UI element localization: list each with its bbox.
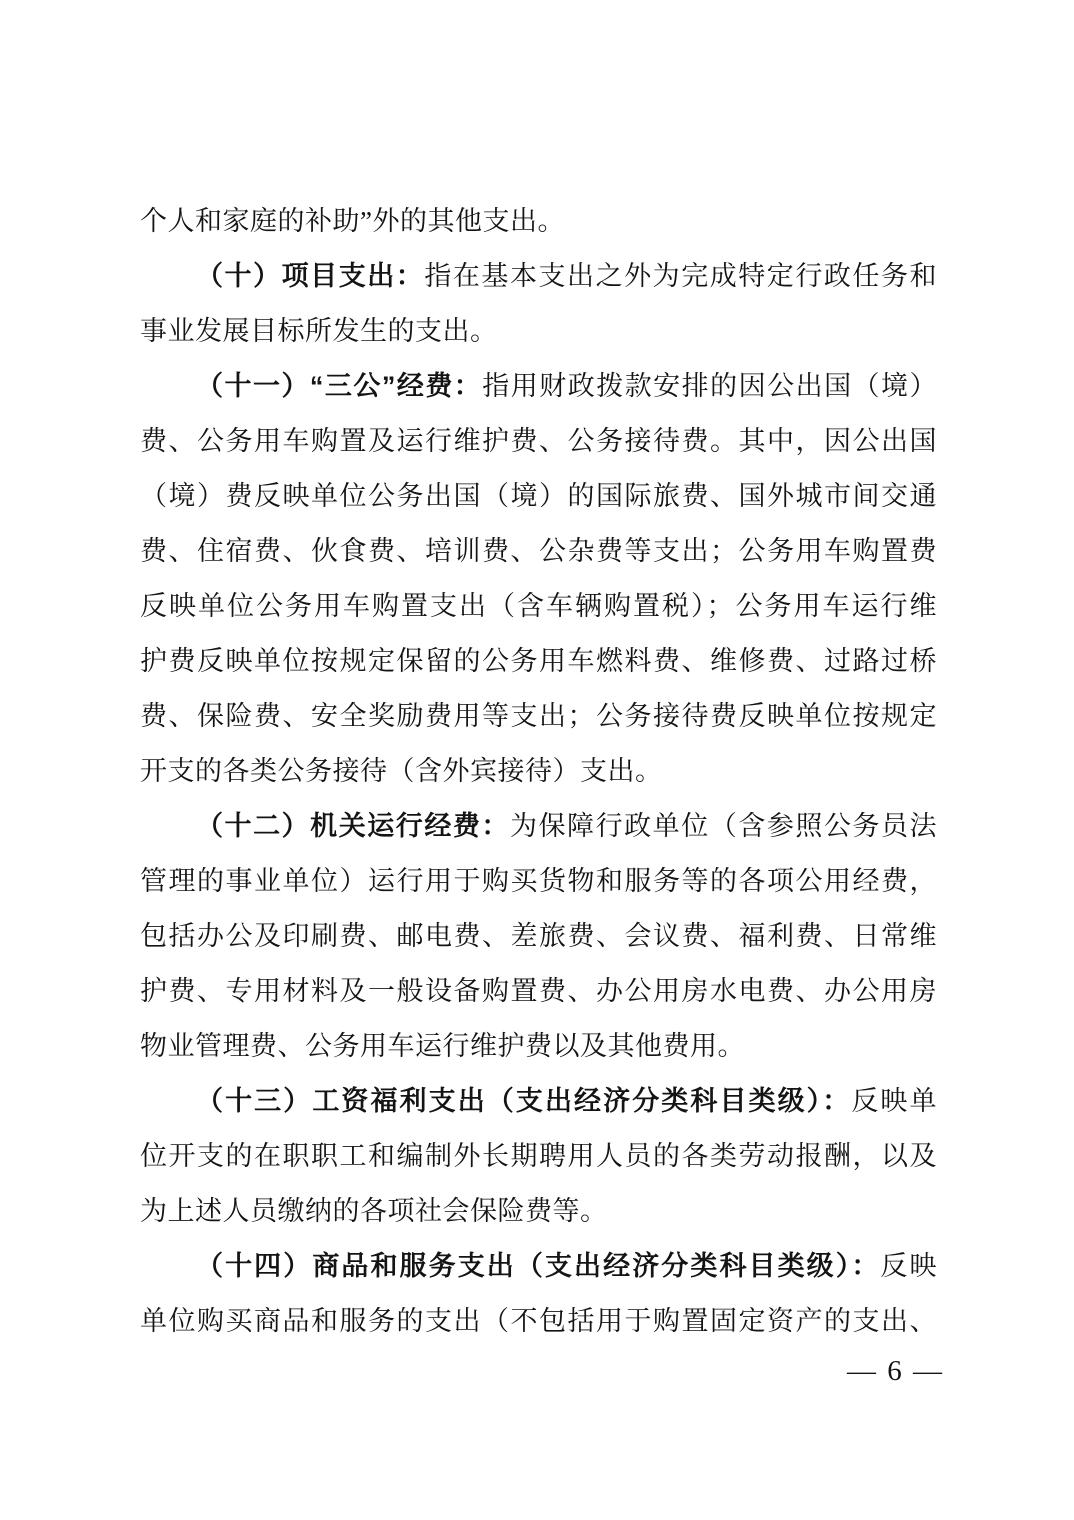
- text-line: （十三）工资福利支出（支出经济分类科目类级）：反映单: [140, 1074, 937, 1129]
- line-text: 物业管理费、公务用车运行维护费以及其他费用。: [140, 1031, 745, 1061]
- text-line: （十二）机关运行经费：为保障行政单位（含参照公务员法: [140, 799, 937, 854]
- line-text: 事业发展目标所发生的支出。: [140, 316, 498, 346]
- line-text: 单位购买商品和服务的支出（不包括用于购置固定资产的支出、: [140, 1306, 937, 1336]
- text-line: 护费反映单位按规定保留的公务用车燃料费、维修费、过路过桥: [140, 634, 937, 689]
- line-text: 反映: [880, 1251, 937, 1281]
- text-line: 费、住宿费、伙食费、培训费、公杂费等支出；公务用车购置费: [140, 524, 937, 579]
- text-line: （境）费反映单位公务出国（境）的国际旅费、国外城市间交通: [140, 469, 937, 524]
- line-text: 为上述人员缴纳的各项社会保险费等。: [140, 1196, 608, 1226]
- text-line: （十）项目支出：指在基本支出之外为完成特定行政任务和: [140, 249, 937, 304]
- line-text: 指在基本支出之外为完成特定行政任务和: [424, 261, 937, 291]
- term-label: （十一）“三公”经费：: [196, 371, 482, 401]
- text-line: 个人和家庭的补助”外的其他支出。: [140, 194, 937, 249]
- line-text: 费、住宿费、伙食费、培训费、公杂费等支出；公务用车购置费: [140, 536, 937, 566]
- term-label: （十三）工资福利支出（支出经济分类科目类级）：: [196, 1086, 851, 1116]
- line-text: 反映单: [851, 1086, 937, 1116]
- term-label: （十二）机关运行经费：: [196, 811, 510, 841]
- line-text: 费、保险费、安全奖励费用等支出；公务接待费反映单位按规定: [140, 701, 937, 731]
- text-line: 开支的各类公务接待（含外宾接待）支出。: [140, 744, 937, 799]
- text-line: （十一）“三公”经费：指用财政拨款安排的因公出国（境）: [140, 359, 937, 414]
- text-line: 费、公务用车购置及运行维护费、公务接待费。其中，因公出国: [140, 414, 937, 469]
- document-page: 个人和家庭的补助”外的其他支出。 （十）项目支出：指在基本支出之外为完成特定行政…: [0, 0, 1074, 1520]
- line-text: 费、公务用车购置及运行维护费、公务接待费。其中，因公出国: [140, 426, 937, 456]
- text-line: 费、保险费、安全奖励费用等支出；公务接待费反映单位按规定: [140, 689, 937, 744]
- line-text: 反映单位公务用车购置支出（含车辆购置税）；公务用车运行维: [140, 591, 937, 621]
- text-line: 物业管理费、公务用车运行维护费以及其他费用。: [140, 1019, 937, 1074]
- text-line: 为上述人员缴纳的各项社会保险费等。: [140, 1184, 937, 1239]
- text-line: 单位购买商品和服务的支出（不包括用于购置固定资产的支出、: [140, 1294, 937, 1349]
- line-text: 护费反映单位按规定保留的公务用车燃料费、维修费、过路过桥: [140, 646, 937, 676]
- text-line: 事业发展目标所发生的支出。: [140, 304, 937, 359]
- line-text: 指用财政拨款安排的因公出国（境）: [482, 371, 937, 401]
- line-text: 个人和家庭的补助”外的其他支出。: [140, 206, 565, 236]
- text-line: 反映单位公务用车购置支出（含车辆购置税）；公务用车运行维: [140, 579, 937, 634]
- text-line: 管理的事业单位）运行用于购买货物和服务等的各项公用经费，: [140, 854, 937, 909]
- term-label: （十四）商品和服务支出（支出经济分类科目类级）：: [196, 1251, 880, 1281]
- line-text: 位开支的在职职工和编制外长期聘用人员的各类劳动报酬，以及: [140, 1141, 937, 1171]
- text-line: 护费、专用材料及一般设备购置费、办公用房水电费、办公用房: [140, 964, 937, 1019]
- text-line: （十四）商品和服务支出（支出经济分类科目类级）：反映: [140, 1239, 937, 1294]
- document-body: 个人和家庭的补助”外的其他支出。 （十）项目支出：指在基本支出之外为完成特定行政…: [140, 194, 937, 1349]
- line-text: 包括办公及印刷费、邮电费、差旅费、会议费、福利费、日常维: [140, 921, 937, 951]
- line-text: 管理的事业单位）运行用于购买货物和服务等的各项公用经费，: [140, 866, 937, 896]
- text-line: 包括办公及印刷费、邮电费、差旅费、会议费、福利费、日常维: [140, 909, 937, 964]
- line-text: （境）费反映单位公务出国（境）的国际旅费、国外城市间交通: [140, 481, 937, 511]
- line-text: 护费、专用材料及一般设备购置费、办公用房水电费、办公用房: [140, 976, 937, 1006]
- line-text: 开支的各类公务接待（含外宾接待）支出。: [140, 756, 663, 786]
- line-text: 为保障行政单位（含参照公务员法: [510, 811, 937, 841]
- term-label: （十）项目支出：: [196, 261, 424, 291]
- page-number: — 6 —: [847, 1350, 944, 1392]
- text-line: 位开支的在职职工和编制外长期聘用人员的各类劳动报酬，以及: [140, 1129, 937, 1184]
